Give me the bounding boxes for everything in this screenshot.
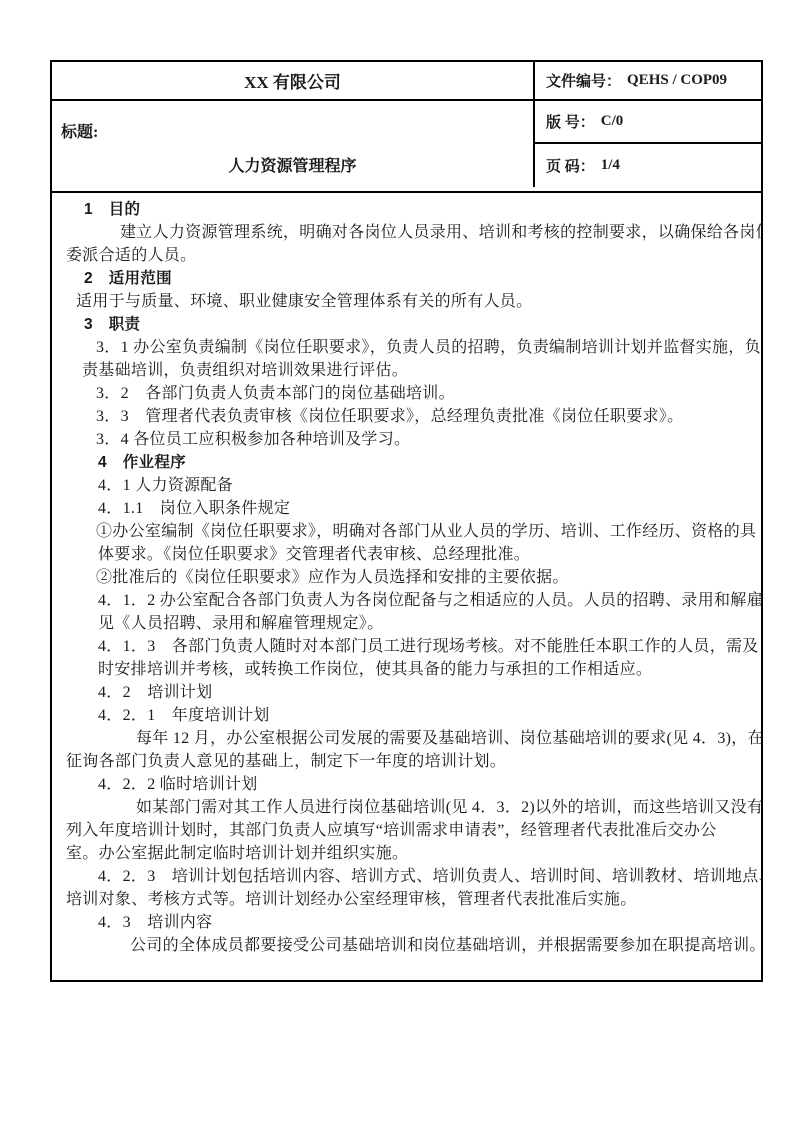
body-line: 列入年度培训计划时，其部门负责人应填写“培训需求申请表”，经管理者代表批准后交办…: [52, 819, 761, 842]
body-line: 委派合适的人员。: [52, 244, 761, 267]
body-line: 4 作业程序: [52, 451, 761, 474]
body-line: 4．1.1 岗位入职条件规定: [52, 497, 761, 520]
body-line: 4．1 人力资源配备: [52, 474, 761, 497]
document-title: 人力资源管理程序: [52, 153, 533, 176]
body-line: 体要求。《岗位任职要求》交管理者代表审核、总经理批准。: [52, 543, 761, 566]
body-line: 3．3 管理者代表负责审核《岗位任职要求》，总经理负责批准《岗位任职要求》。: [52, 405, 761, 428]
document-page: XX 有限公司 文件编号： QEHS / COP09 标题: 人力资源管理程序 …: [0, 0, 793, 1122]
body-line: 2 适用范围: [52, 267, 761, 290]
version-cell: 版 号： C/0: [535, 101, 761, 144]
body-line: 4．3 培训内容: [52, 911, 761, 934]
doc-number-label: 文件编号：: [546, 70, 621, 91]
body-line: 每年 12 月，办公室根据公司发展的需要及基础培训、岗位基础培训的要求(见 4．…: [52, 727, 761, 750]
body-line: ②批准后的《岗位任职要求》应作为人员选择和安排的主要依据。: [52, 566, 761, 589]
body-line: 见《人员招聘、录用和解雇管理规定》。: [52, 612, 761, 635]
body-line: 公司的全体成员都要接受公司基础培训和岗位基础培训，并根据需要参加在职提高培训。: [52, 934, 761, 957]
body-line: 3．1 办公室负责编制《岗位任职要求》，负责人员的招聘，负责编制培训计划并监督实…: [52, 336, 761, 359]
page-number-value: 1/4: [601, 157, 620, 174]
body-line: 4．2．1 年度培训计划: [52, 704, 761, 727]
title-cell: 标题: 人力资源管理程序: [52, 101, 535, 187]
body-line: 3．4 各位员工应积极参加各种培训及学习。: [52, 428, 761, 451]
page-number-cell: 页 码： 1/4: [535, 144, 761, 187]
doc-number-value: QEHS / COP09: [627, 72, 727, 89]
body-line: 时安排培训并考核，或转换工作岗位，使其具备的能力与承担的工作相适应。: [52, 658, 761, 681]
page-number-label: 页 码：: [546, 155, 595, 176]
title-label: 标题:: [61, 119, 98, 142]
body-line: 室。办公室据此制定临时培训计划并组织实施。: [52, 842, 761, 865]
body-text: 1 目的建立人力资源管理系统，明确对各岗位人员录用、培训和考核的控制要求，以确保…: [50, 193, 763, 982]
version-label: 版 号：: [546, 111, 595, 132]
doc-number-cell: 文件编号： QEHS / COP09: [535, 62, 761, 101]
body-line: 4．2．3 培训计划包括培训内容、培训方式、培训负责人、培训时间、培训教材、培训…: [52, 865, 761, 888]
body-line: 4．1．2 办公室配合各部门负责人为各岗位配备与之相适应的人员。人员的招聘、录用…: [52, 589, 761, 612]
body-line: 建立人力资源管理系统，明确对各岗位人员录用、培训和考核的控制要求，以确保给各岗位: [52, 221, 761, 244]
body-line: 3．2 各部门负责人负责本部门的岗位基础培训。: [52, 382, 761, 405]
document-header-table: XX 有限公司 文件编号： QEHS / COP09 标题: 人力资源管理程序 …: [50, 60, 763, 193]
body-line: 征询各部门负责人意见的基础上，制定下一年度的培训计划。: [52, 750, 761, 773]
body-line: 4．2 培训计划: [52, 681, 761, 704]
body-line: ①办公室编制《岗位任职要求》，明确对各部门从业人员的学历、培训、工作经历、资格的…: [52, 520, 761, 543]
company-name: XX 有限公司: [52, 62, 535, 101]
body-line: 4．2．2 临时培训计划: [52, 773, 761, 796]
body-line: 责基础培训，负责组织对培训效果进行评估。: [52, 359, 761, 382]
body-line: 如某部门需对其工作人员进行岗位基础培训(见 4．3．2)以外的培训，而这些培训又…: [52, 796, 761, 819]
body-line: 1 目的: [52, 198, 761, 221]
body-line: 适用于与质量、环境、职业健康安全管理体系有关的所有人员。: [52, 290, 761, 313]
body-line: 4．1．3 各部门负责人随时对本部门员工进行现场考核。对不能胜任本职工作的人员，…: [52, 635, 761, 658]
version-value: C/0: [601, 113, 624, 130]
body-line: 3 职责: [52, 313, 761, 336]
body-line: 培训对象、考核方式等。培训计划经办公室经理审核，管理者代表批准后实施。: [52, 888, 761, 911]
document-frame: XX 有限公司 文件编号： QEHS / COP09 标题: 人力资源管理程序 …: [50, 60, 763, 982]
